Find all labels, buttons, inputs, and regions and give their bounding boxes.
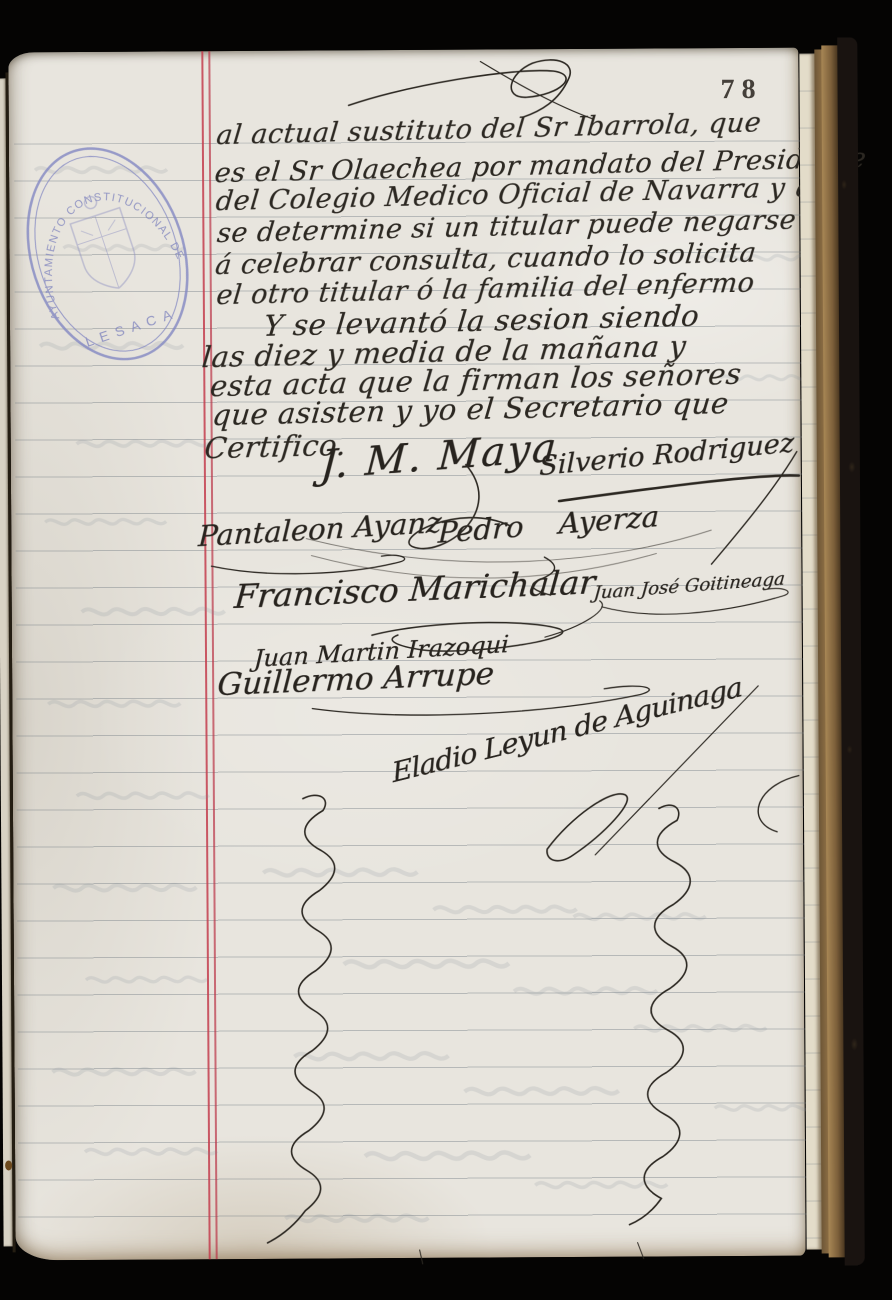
void-squiggle-right [627,805,692,1225]
manuscript-page: AYUNTAMIENTO CONSTITUCIONAL DE LESACA 78… [8,48,805,1261]
scanned-minute-book-photo: AYUNTAMIENTO CONSTITUCIONAL DE LESACA 78… [0,0,892,1300]
void-squiggle-left [265,795,337,1243]
void-squiggles [8,48,805,1261]
paper-stain [5,1160,12,1170]
